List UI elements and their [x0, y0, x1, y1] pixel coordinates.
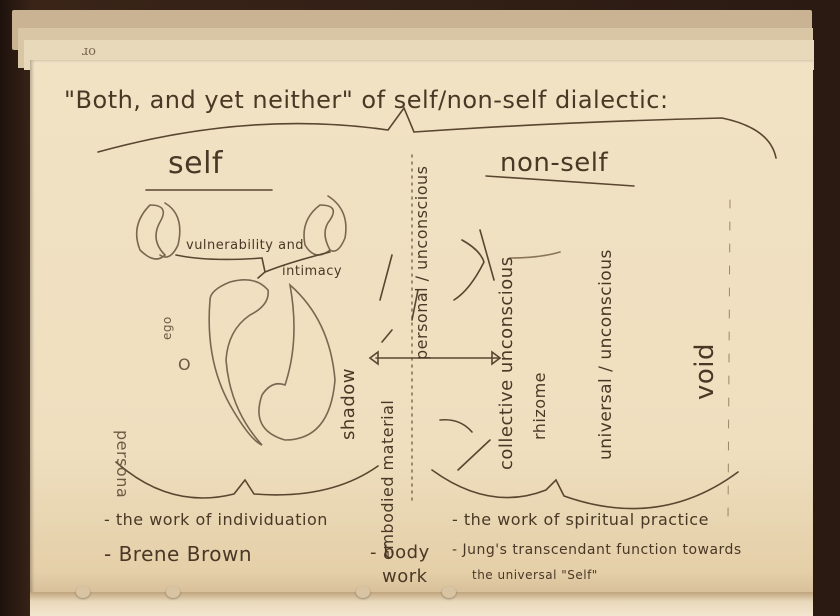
page-title: "Both, and yet neither" of self/non-self… [64, 86, 669, 114]
self-note: - Brene Brown [104, 542, 252, 566]
self-heading: self [168, 146, 223, 181]
bottom-left-brace [116, 462, 378, 498]
personal-unconscious-label: personal / unconscious [412, 165, 431, 360]
body-work-note: - body [370, 542, 430, 563]
non-self-note: the universal "Self" [472, 568, 598, 582]
embodied-material-label: embodied material [378, 400, 397, 560]
ego-label: ego [160, 316, 174, 340]
rhizome-label: rhizome [530, 372, 549, 440]
collective-unconscious-label: collective unconscious [496, 256, 517, 470]
non-self-note: - Jung's transcendant function towards [452, 542, 742, 558]
non-self-note: - the work of spiritual practice [452, 510, 709, 529]
bottom-right-brace [432, 470, 738, 509]
ego-marker: O [178, 355, 191, 374]
self-note: - the work of individuation [104, 510, 328, 529]
void-label: void [690, 343, 720, 400]
body-work-note: work [382, 566, 428, 587]
shadow-label: shadow [338, 368, 359, 440]
non-self-heading: non-self [500, 148, 608, 178]
universal-unconscious-label: universal / unconscious [596, 249, 616, 460]
relation-label: intimacy [282, 264, 342, 279]
persona-label: persona [113, 430, 132, 498]
relation-label: vulnerability and [186, 238, 304, 253]
